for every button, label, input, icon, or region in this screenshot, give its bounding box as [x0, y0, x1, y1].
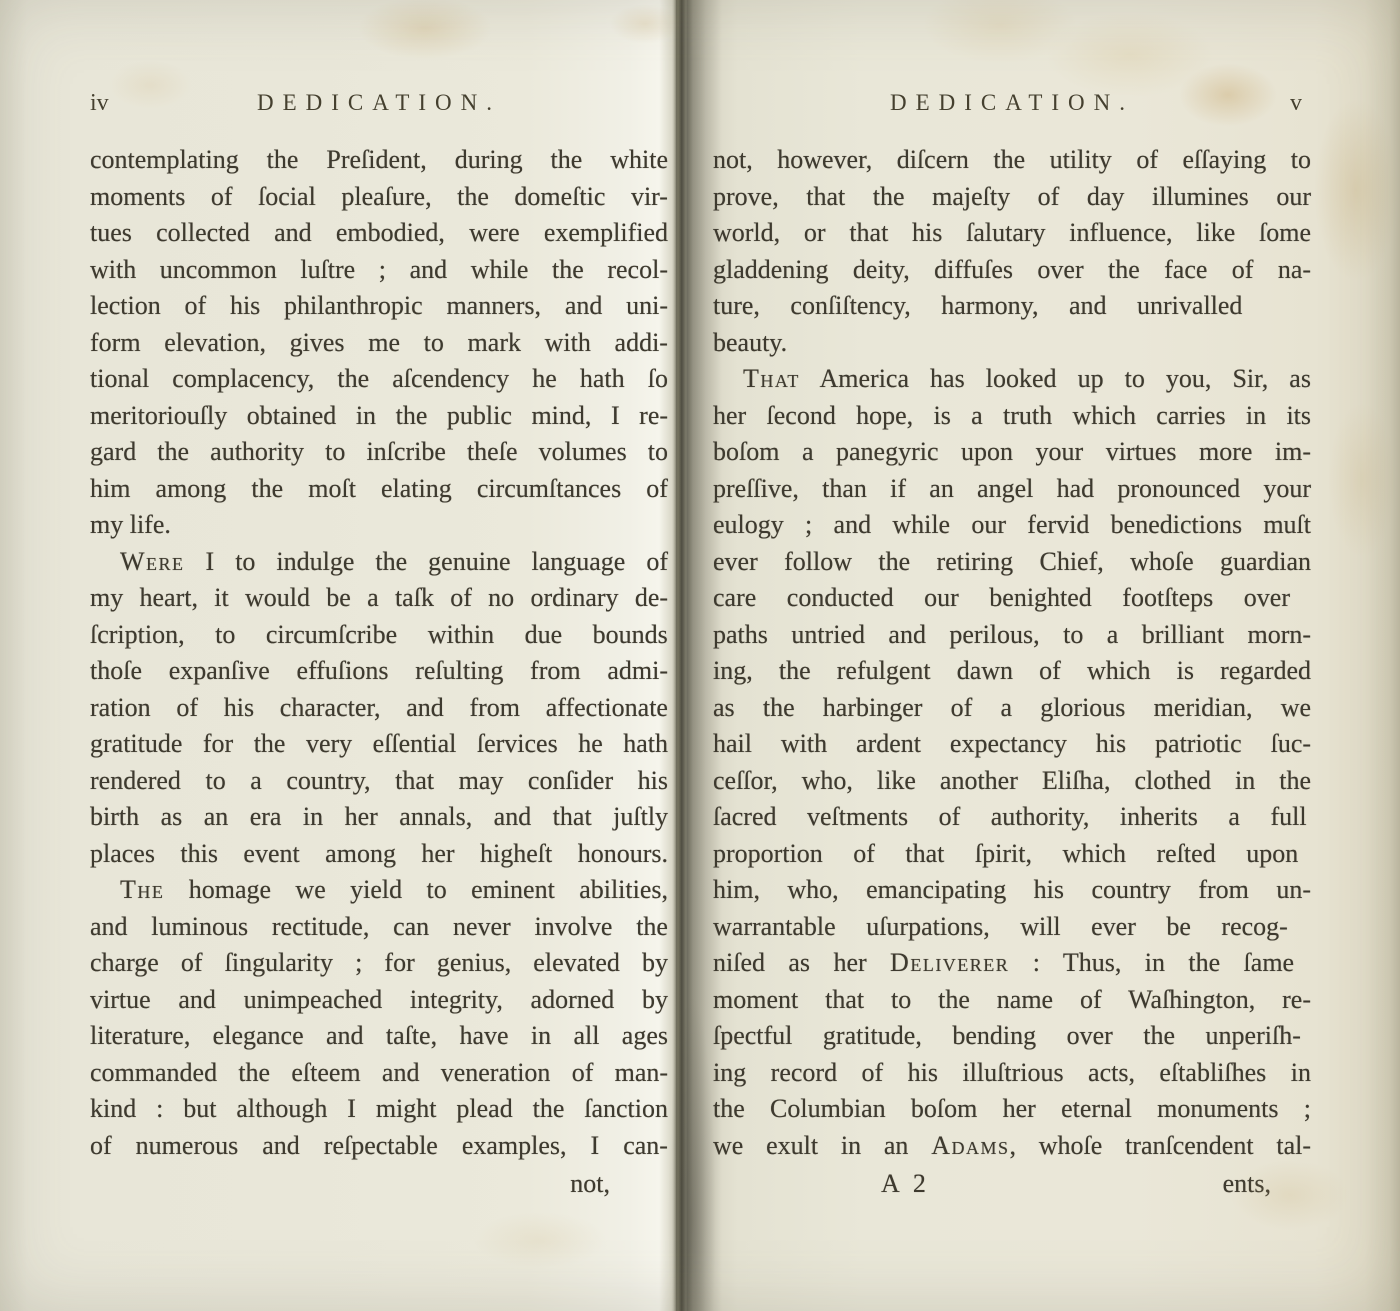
signature-mark: A 2: [881, 1166, 930, 1202]
text-line: prove, that the majeſty of day illumines…: [713, 179, 1311, 216]
text-line: gard the authority to inſcribe theſe vol…: [90, 434, 668, 471]
text-line: my life.: [90, 507, 668, 544]
text-line: rendered to a country, that may conſider…: [90, 763, 668, 800]
text-line: lection of his philanthropic manners, an…: [90, 288, 668, 325]
text-line: my heart, it would be a taſk of no ordin…: [90, 580, 668, 617]
text-line: of numerous and reſpectable examples, I …: [90, 1128, 668, 1165]
running-header-left: DEDICATION.: [90, 88, 668, 118]
text-line: places this event among her higheſt hono…: [90, 836, 668, 873]
text-line: hail with ardent expectancy his patrioti…: [713, 726, 1311, 763]
text-line: moment that to the name of Waſhington, r…: [713, 982, 1311, 1019]
text-line: him, who, emancipating his country from …: [713, 872, 1311, 909]
book-spread: iv DEDICATION. DEDICATION. v contemplati…: [0, 0, 1400, 1311]
text-line: The homage we yield to eminent abilities…: [90, 872, 668, 909]
text-line: That America has looked up to you, Sir, …: [713, 361, 1311, 398]
text-line: care conducted our benighted footſteps o…: [713, 580, 1311, 617]
text-block-right: not, however, diſcern the utility of eſſ…: [713, 142, 1311, 1164]
text-line: proportion of that ſpirit, which reſted …: [713, 836, 1311, 873]
text-line: charge of ſingularity ; for genius, elev…: [90, 945, 668, 982]
text-line: ing record of his illuſtrious acts, eſta…: [713, 1055, 1311, 1092]
text-line: literature, elegance and taſte, have in …: [90, 1018, 668, 1055]
text-line: ration of his character, and from affect…: [90, 690, 668, 727]
text-line: gratitude for the very eſſential ſervice…: [90, 726, 668, 763]
text-line: niſed as her Deliverer : Thus, in the ſa…: [713, 945, 1311, 982]
text-line: paths untried and perilous, to a brillia…: [713, 617, 1311, 654]
text-line: not, however, diſcern the utility of eſſ…: [713, 142, 1311, 179]
text-line: boſom a panegyric upon your virtues more…: [713, 434, 1311, 471]
text-line: Were I to indulge the genuine language o…: [90, 544, 668, 581]
text-line: ture, conſiſtency, harmony, and unrivall…: [713, 288, 1311, 325]
text-line: birth as an era in her annals, and that …: [90, 799, 668, 836]
text-line: gladdening deity, diffuſes over the face…: [713, 252, 1311, 289]
text-line: ing, the refulgent dawn of which is rega…: [713, 653, 1311, 690]
text-line: we exult in an Adams, whoſe tranſcendent…: [713, 1128, 1311, 1165]
text-line: virtue and unimpeached integrity, adorne…: [90, 982, 668, 1019]
text-line: warrantable uſurpations, will ever be re…: [713, 909, 1311, 946]
text-line: the Columbian boſom her eternal monument…: [713, 1091, 1311, 1128]
text-line: eulogy ; and while our fervid benedictio…: [713, 507, 1311, 544]
text-line: as the harbinger of a glorious meridian,…: [713, 690, 1311, 727]
text-line: kind : but although I might plead the ſa…: [90, 1091, 668, 1128]
text-line: ceſſor, who, like another Eliſha, clothe…: [713, 763, 1311, 800]
binding-gutter: [674, 0, 688, 1311]
text-line: ever follow the retiring Chief, whoſe gu…: [713, 544, 1311, 581]
text-line: world, or that his ſalutary influence, l…: [713, 215, 1311, 252]
text-line: him among the moſt elating circumſtances…: [90, 471, 668, 508]
text-line: beauty.: [713, 325, 1311, 362]
text-line: contemplating the Preſident, during the …: [90, 142, 668, 179]
text-line: tues collected and embodied, were exempl…: [90, 215, 668, 252]
catchword-right: ents,: [1223, 1166, 1271, 1202]
running-header-right: DEDICATION.: [713, 88, 1311, 118]
text-line: ſpectful gratitude, bending over the unp…: [713, 1018, 1311, 1055]
text-line: tional complacency, the aſcendency he ha…: [90, 361, 668, 398]
catchword-left: not,: [90, 1166, 668, 1202]
text-line: ſacred veſtments of authority, inherits …: [713, 799, 1311, 836]
text-line: preſſive, than if an angel had pronounce…: [713, 471, 1311, 508]
text-line: moments of ſocial pleaſure, the domeſtic…: [90, 179, 668, 216]
page-number-right: v: [1290, 88, 1302, 118]
text-line: thoſe expanſive effuſions reſulting from…: [90, 653, 668, 690]
text-line: ſcription, to circumſcribe within due bo…: [90, 617, 668, 654]
text-line: meritoriouſly obtained in the public min…: [90, 398, 668, 435]
text-line: form elevation, gives me to mark with ad…: [90, 325, 668, 362]
text-block-left: contemplating the Preſident, during the …: [90, 142, 668, 1164]
text-line: commanded the eſteem and veneration of m…: [90, 1055, 668, 1092]
text-line: with uncommon luſtre ; and while the rec…: [90, 252, 668, 289]
text-line: and luminous rectitude, can never involv…: [90, 909, 668, 946]
footer-right: A 2 ents,: [713, 1166, 1311, 1202]
text-line: her ſecond hope, is a truth which carrie…: [713, 398, 1311, 435]
